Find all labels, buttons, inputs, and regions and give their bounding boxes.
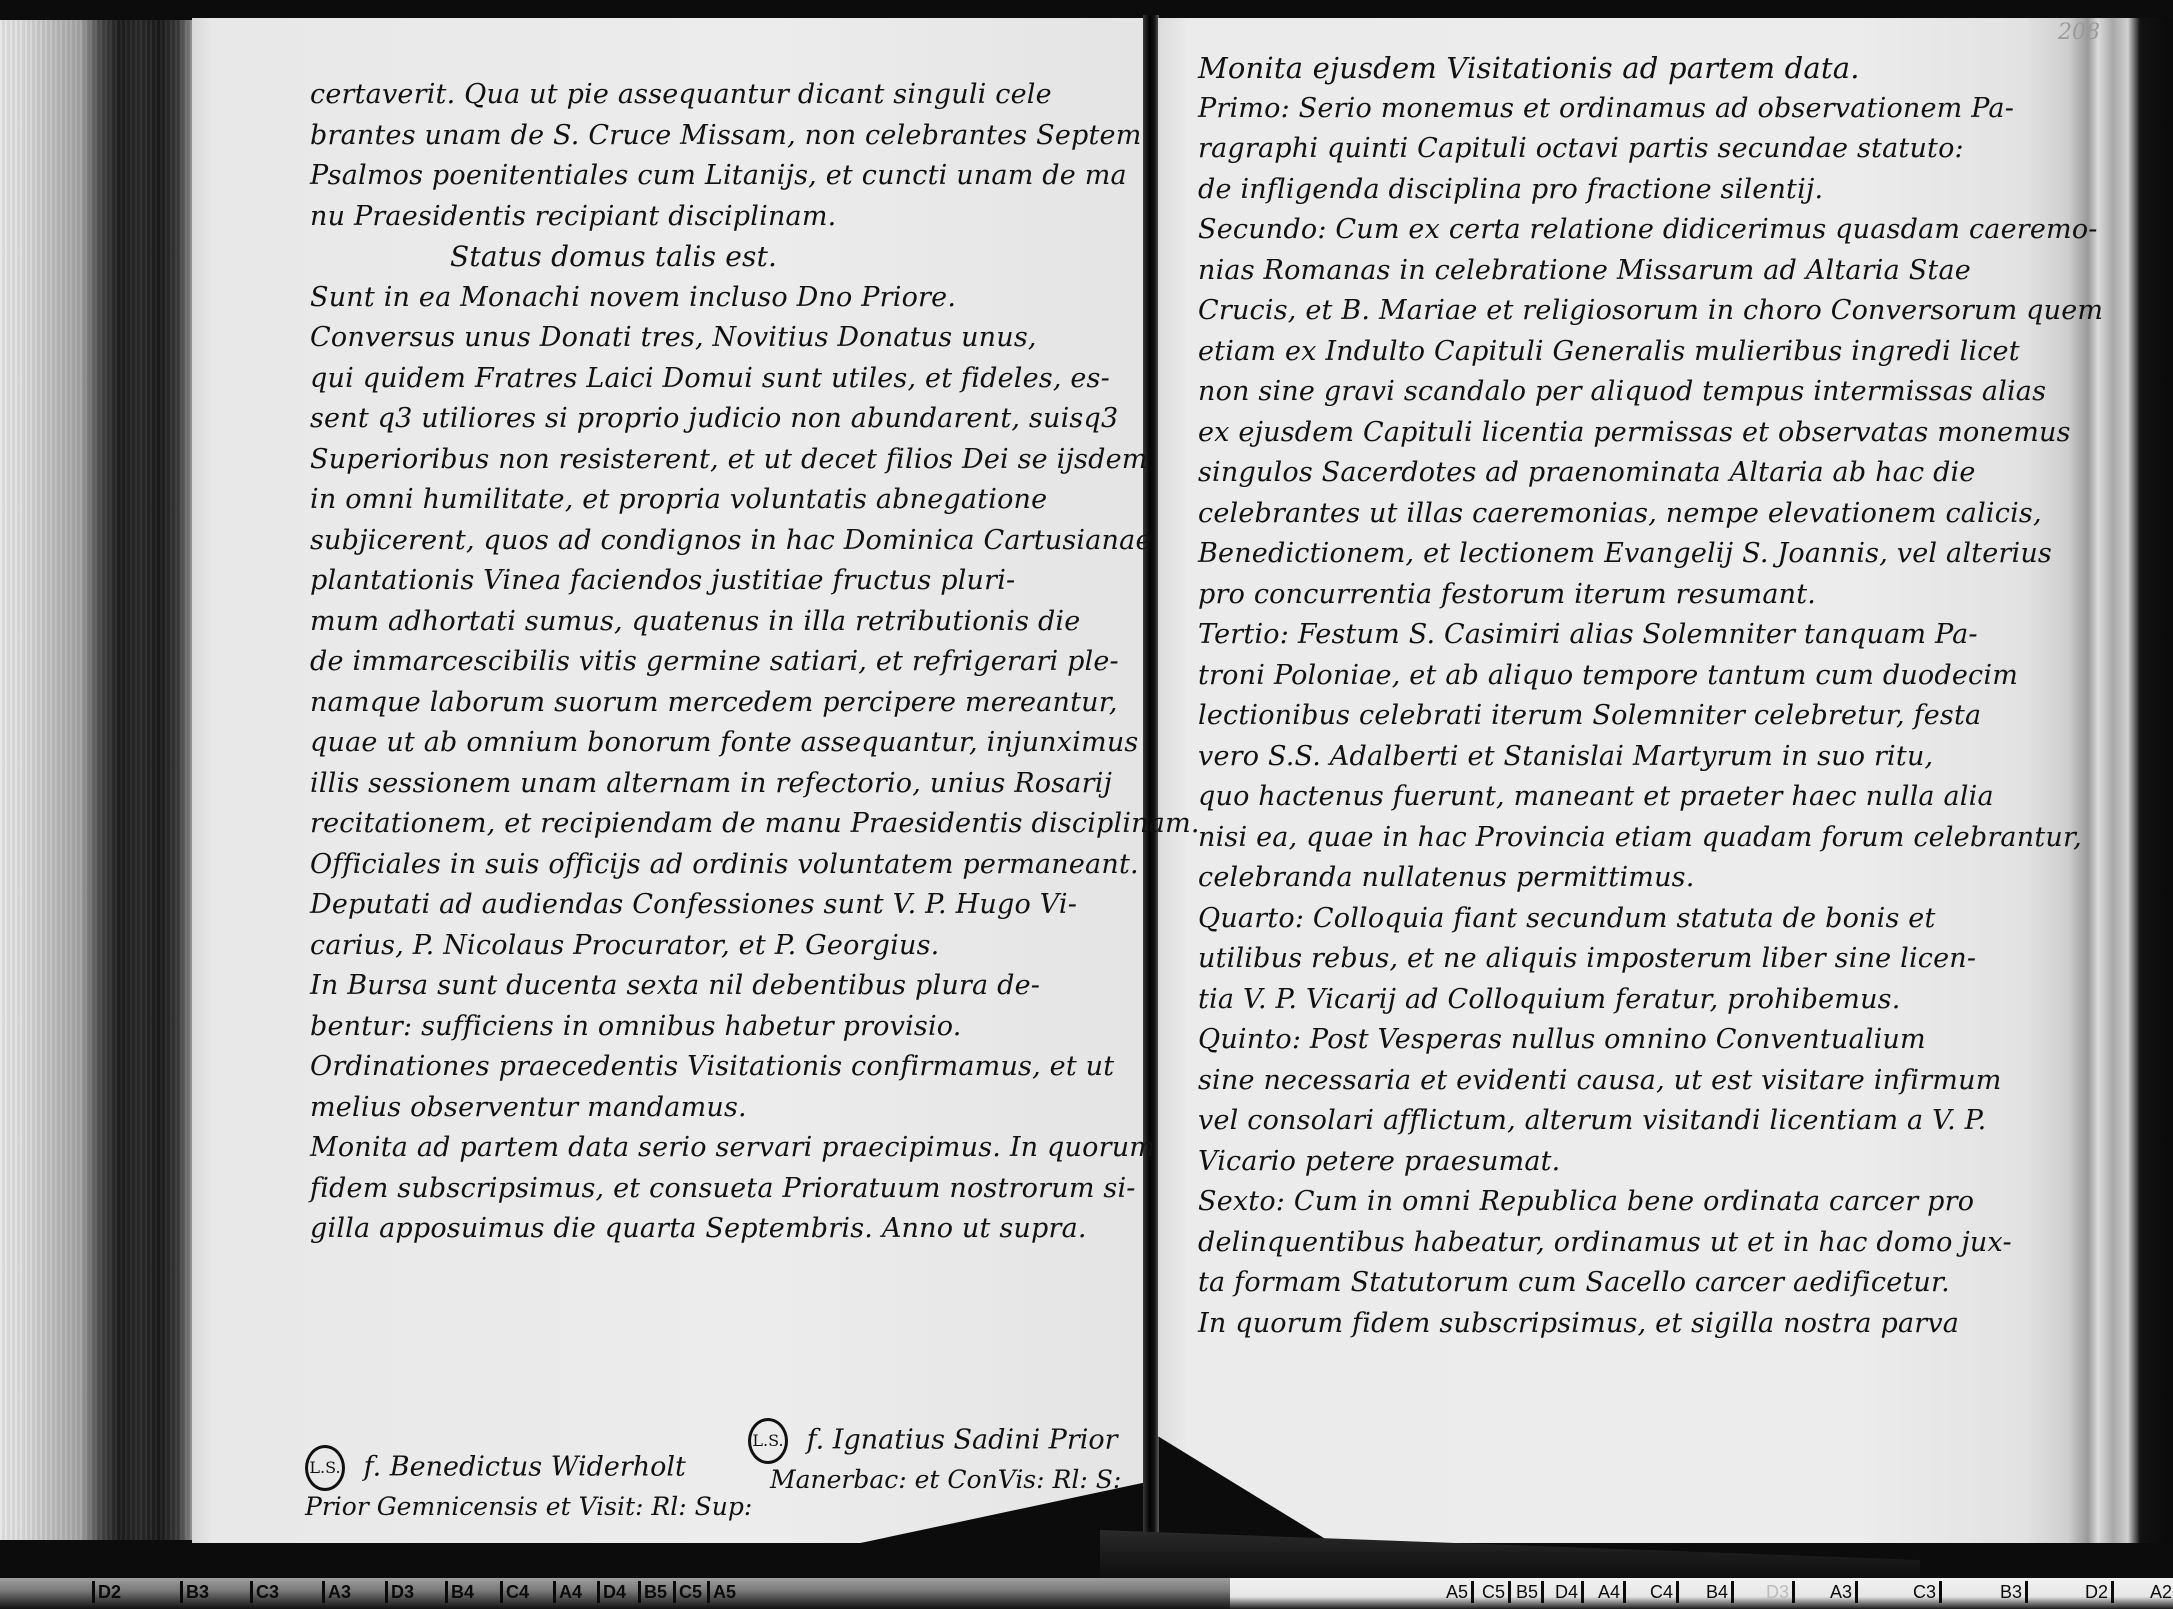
manuscript-line: Secundo: Cum ex certa relatione didiceri… xyxy=(1198,210,2008,251)
manuscript-line: Benedictionem, et lectionem Evangelij S.… xyxy=(1198,534,2008,575)
signature-name: f. Ignatius Sadini Prior xyxy=(807,1425,1118,1456)
manuscript-line: Tertio: Festum S. Casimiri alias Solemni… xyxy=(1198,615,2008,656)
manuscript-line: delinquentibus habeatur, ordinamus ut et… xyxy=(1198,1223,2008,1264)
manuscript-line: nias Romanas in celebratione Missarum ad… xyxy=(1198,251,2008,292)
manuscript-line: utilibus rebus, et ne aliquis imposterum… xyxy=(1198,939,2008,980)
manuscript-line: carius, P. Nicolaus Procurator, et P. Ge… xyxy=(310,926,1110,967)
manuscript-line: pro concurrentia festorum iterum resuman… xyxy=(1198,575,2008,616)
gauge-label: D3 xyxy=(1766,1581,1795,1603)
manuscript-line: mum adhortati sumus, quatenus in illa re… xyxy=(310,602,1110,643)
manuscript-line: de infligenda disciplina pro fractione s… xyxy=(1198,170,2008,211)
manuscript-line: etiam ex Indulto Capituli Generalis muli… xyxy=(1198,332,2008,373)
gauge-label: D4 xyxy=(597,1581,626,1603)
gauge-label: C5 xyxy=(673,1581,702,1603)
manuscript-line: nu Praesidentis recipiant disciplinam. xyxy=(310,197,1110,238)
signature-2-title: Manerbac: et ConVis: Rl: S: xyxy=(770,1465,1121,1494)
manuscript-line: Quarto: Colloquia fiant secundum statuta… xyxy=(1198,899,2008,940)
manuscript-line: fidem subscripsimus, et consueta Priorat… xyxy=(310,1169,1110,1210)
manuscript-line: vel consolari afflictum, alterum visitan… xyxy=(1198,1101,2008,1142)
manuscript-line: Officiales in suis officijs ad ordinis v… xyxy=(310,845,1110,886)
manuscript-line: quo hactenus fuerunt, maneant et praeter… xyxy=(1198,777,2008,818)
gauge-label: C3 xyxy=(250,1581,279,1603)
manuscript-line: plantationis Vinea faciendos justitiae f… xyxy=(310,561,1110,602)
manuscript-line: melius observentur mandamus. xyxy=(310,1088,1110,1129)
manuscript-line: subjicerent, quos ad condignos in hac Do… xyxy=(310,521,1110,562)
gauge-label: A3 xyxy=(322,1581,351,1603)
manuscript-line: namque laborum suorum mercedem percipere… xyxy=(310,683,1110,724)
manuscript-line: vero S.S. Adalberti et Stanislai Martyru… xyxy=(1198,737,2008,778)
gauge-label: C4 xyxy=(500,1581,529,1603)
manuscript-line: singulos Sacerdotes ad praenominata Alta… xyxy=(1198,453,2008,494)
gauge-label: B5 xyxy=(638,1581,667,1603)
manuscript-line: quae ut ab omnium bonorum fonte assequan… xyxy=(310,723,1110,764)
gauge-label: D2 xyxy=(2085,1581,2114,1603)
gauge-label: A5 xyxy=(707,1581,736,1603)
manuscript-line: bentur: sufficiens in omnibus habetur pr… xyxy=(310,1007,1110,1048)
gauge-label: A4 xyxy=(1598,1581,1626,1603)
left-page-text: certaverit. Qua ut pie assequantur dican… xyxy=(310,75,1110,1250)
manuscript-line: celebranda nullatenus permittimus. xyxy=(1198,858,2008,899)
signature-1-title: Prior Gemnicensis et Visit: Rl: Sup: xyxy=(305,1492,752,1521)
signature-1: L.S. f. Benedictus Widerholt xyxy=(305,1445,686,1491)
manuscript-line: sine necessaria et evidenti causa, ut es… xyxy=(1198,1061,2008,1102)
gauge-label: A5 xyxy=(1446,1581,1474,1603)
manuscript-line: Quinto: Post Vesperas nullus omnino Conv… xyxy=(1198,1020,2008,1061)
manuscript-line: ragraphi quinti Capituli octavi partis s… xyxy=(1198,129,2008,170)
manuscript-line: nisi ea, quae in hac Provincia etiam qua… xyxy=(1198,818,2008,859)
manuscript-line: Crucis, et B. Mariae et religiosorum in … xyxy=(1198,291,2008,332)
manuscript-line: in omni humilitate, et propria voluntati… xyxy=(310,480,1110,521)
gauge-label: B4 xyxy=(445,1581,474,1603)
manuscript-line: non sine gravi scandalo per aliquod temp… xyxy=(1198,372,2008,413)
seal-icon: L.S. xyxy=(748,1418,788,1464)
gauge-label: B3 xyxy=(2000,1581,2028,1603)
manuscript-line: ta formam Statutorum cum Sacello carcer … xyxy=(1198,1263,2008,1304)
manuscript-line: qui quidem Fratres Laici Domui sunt util… xyxy=(310,359,1110,400)
gauge-label: C3 xyxy=(1913,1581,1942,1603)
book-fore-edge-right xyxy=(2028,18,2173,1543)
manuscript-line: illis sessionem unam alternam in refecto… xyxy=(310,764,1110,805)
gauge-label: D4 xyxy=(1555,1581,1584,1603)
manuscript-line: tia V. P. Vicarij ad Colloquium feratur,… xyxy=(1198,980,2008,1021)
gauge-label: D2 xyxy=(92,1581,121,1603)
manuscript-line: gilla apposuimus die quarta Septembris. … xyxy=(310,1209,1110,1250)
manuscript-line: recitationem, et recipiendam de manu Pra… xyxy=(310,804,1110,845)
gauge-strip-right: A5 C5 B5 D4 A4 C4 B4 D3 A3 C3 B3 D2 A2 xyxy=(1230,1578,2173,1609)
gauge-label: B5 xyxy=(1516,1581,1544,1603)
manuscript-line: In Bursa sunt ducenta sexta nil debentib… xyxy=(310,966,1110,1007)
gauge-label: B4 xyxy=(1706,1581,1734,1603)
gauge-label: A3 xyxy=(1830,1581,1858,1603)
manuscript-line: lectionibus celebrati iterum Solemniter … xyxy=(1198,696,2008,737)
gauge-label: A4 xyxy=(553,1581,582,1603)
gauge-label: C4 xyxy=(1650,1581,1679,1603)
manuscript-line: Deputati ad audiendas Confessiones sunt … xyxy=(310,885,1110,926)
book-gutter xyxy=(1143,15,1159,1535)
manuscript-line: de immarcescibilis vitis germine satiari… xyxy=(310,642,1110,683)
manuscript-line: Superioribus non resisterent, et ut dece… xyxy=(310,440,1110,481)
manuscript-line: Sunt in ea Monachi novem incluso Dno Pri… xyxy=(310,278,1110,319)
folio-number: 208 xyxy=(2058,20,2100,45)
manuscript-line: Primo: Serio monemus et ordinamus ad obs… xyxy=(1198,89,2008,130)
manuscript-line: troni Poloniae, et ab aliquo tempore tan… xyxy=(1198,656,2008,697)
manuscript-line: brantes unam de S. Cruce Missam, non cel… xyxy=(310,116,1110,157)
signature-2: L.S. f. Ignatius Sadini Prior xyxy=(748,1418,1118,1464)
manuscript-line: Psalmos poenitentiales cum Litanijs, et … xyxy=(310,156,1110,197)
gauge-label: A2 xyxy=(2150,1581,2173,1603)
gauge-label: C5 xyxy=(1482,1581,1511,1603)
manuscript-line: Vicario petere praesumat. xyxy=(1198,1142,2008,1183)
manuscript-line: certaverit. Qua ut pie assequantur dican… xyxy=(310,75,1110,116)
right-page-text: Monita ejusdem Visitationis ad partem da… xyxy=(1198,48,2008,1344)
book-fore-edge-left xyxy=(0,20,200,1540)
manuscript-line: ex ejusdem Capituli licentia permissas e… xyxy=(1198,413,2008,454)
manuscript-line: Monita ad partem data serio servari prae… xyxy=(310,1128,1110,1169)
manuscript-line: Conversus unus Donati tres, Novitius Don… xyxy=(310,318,1110,359)
manuscript-line: celebrantes ut illas caeremonias, nempe … xyxy=(1198,494,2008,535)
gauge-label: D3 xyxy=(385,1581,414,1603)
manuscript-line: Sexto: Cum in omni Republica bene ordina… xyxy=(1198,1182,2008,1223)
manuscript-line: In quorum fidem subscripsimus, et sigill… xyxy=(1198,1304,2008,1345)
seal-icon: L.S. xyxy=(305,1445,345,1491)
manuscript-line: sent q3 utiliores si proprio judicio non… xyxy=(310,399,1110,440)
manuscript-line: Ordinationes praecedentis Visitationis c… xyxy=(310,1047,1110,1088)
gauge-label: B3 xyxy=(180,1581,209,1603)
signature-name: f. Benedictus Widerholt xyxy=(364,1452,686,1483)
section-heading: Status domus talis est. xyxy=(310,237,1110,278)
section-heading: Monita ejusdem Visitationis ad partem da… xyxy=(1198,48,2008,89)
